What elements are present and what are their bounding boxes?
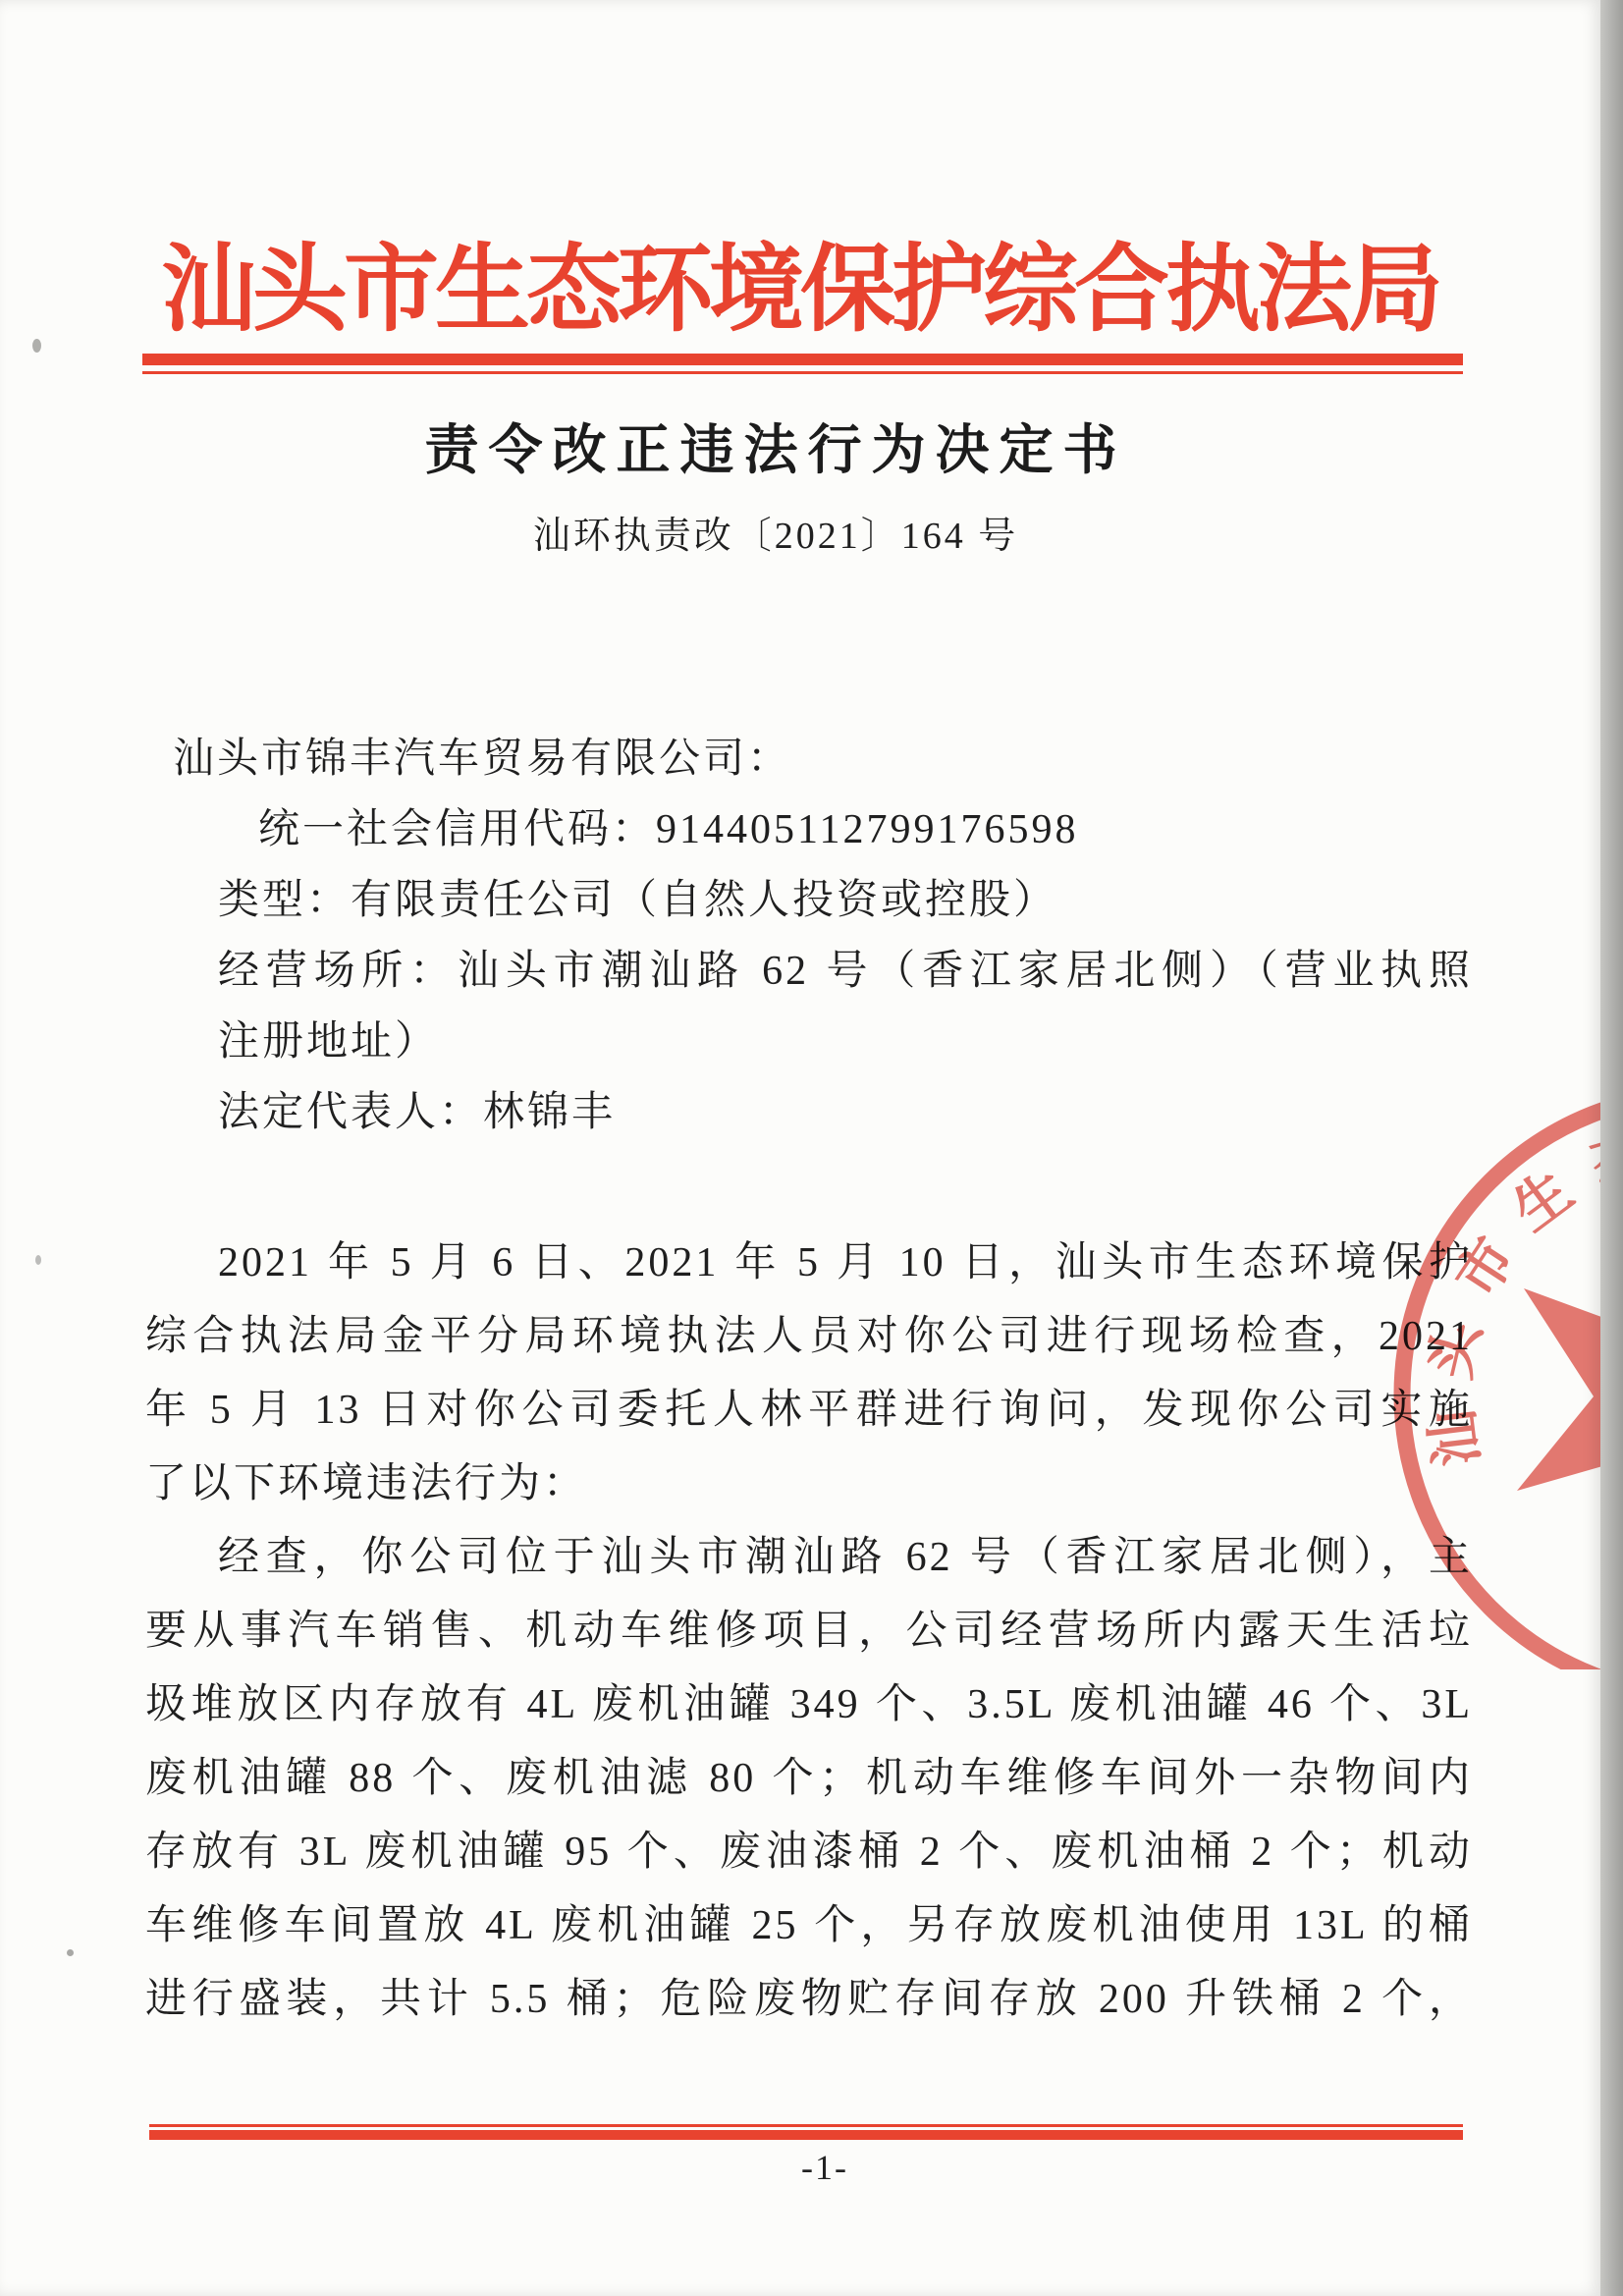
star-icon <box>1517 1233 1600 1559</box>
body-line: 存放有 3L 废机油罐 95 个、废油漆桶 2 个、废机油桶 2 个；机动 <box>145 1816 1473 1889</box>
recipient-line: 经营场所：汕头市潮汕路 62 号（香江家居北侧）（营业执照 <box>145 936 1473 1007</box>
document-title: 责令改正违法行为决定书 <box>0 407 1551 484</box>
body-line: 圾堆放区内存放有 4L 废机油罐 349 个、3.5L 废机油罐 46 个、3L <box>145 1668 1473 1742</box>
body-line: 2021 年 5 月 6 日、2021 年 5 月 10 日，汕头市生态环境保护 <box>145 1227 1473 1300</box>
agency-header-title: 汕头市生态环境保护综合执法局 <box>0 236 1600 346</box>
recipient-line: 类型：有限责任公司（自然人投资或控股） <box>145 865 1473 936</box>
recipient-line: 注册地址） <box>145 1007 1473 1077</box>
body-line: 了以下环境违法行为： <box>145 1448 1473 1521</box>
recipient-line: 汕头市锦丰汽车贸易有限公司： <box>145 724 1473 794</box>
body-block: 2021 年 5 月 6 日、2021 年 5 月 10 日，汕头市生态环境保护… <box>145 1227 1473 2037</box>
recipient-line: 法定代表人：林锦丰 <box>145 1077 1473 1148</box>
scan-speck <box>67 1949 74 1956</box>
page-number: -1- <box>0 2147 1600 2188</box>
scanned-document-canvas: 汕头市生态环境保护综合执法局 责令改正违法行为决定书 汕环执责改〔2021〕16… <box>0 0 1623 2296</box>
header-rule-thin <box>142 371 1463 374</box>
document-number: 汕环执责改〔2021〕164 号 <box>0 505 1551 559</box>
header-rule-thick <box>142 354 1463 365</box>
body-line: 年 5 月 13 日对你公司委托人林平群进行询问，发现你公司实施 <box>145 1374 1473 1448</box>
scan-speck <box>35 1255 41 1265</box>
footer-rule-thick <box>149 2130 1463 2140</box>
body-line: 车维修车间置放 4L 废机油罐 25 个，另存放废机油使用 13L 的桶 <box>145 1889 1473 1963</box>
scanner-edge-band <box>1600 0 1623 2296</box>
body-line: 废机油罐 88 个、废机油滤 80 个；机动车维修车间外一杂物间内 <box>145 1742 1473 1816</box>
body-line: 经查，你公司位于汕头市潮汕路 62 号（香江家居北侧），主 <box>145 1521 1473 1595</box>
official-seal-stamp: 汕头市生态环境保护综合执法 <box>1355 1041 1600 1669</box>
body-line: 综合执法局金平分局环境执法人员对你公司进行现场检查，2021 <box>145 1300 1473 1374</box>
footer-rule-thin <box>149 2124 1463 2127</box>
recipient-line: 统一社会信用代码：914405112799176598 <box>145 794 1473 865</box>
document-page: 汕头市生态环境保护综合执法局 责令改正违法行为决定书 汕环执责改〔2021〕16… <box>0 0 1600 2296</box>
body-line: 进行盛装，共计 5.5 桶；危险废物贮存间存放 200 升铁桶 2 个， <box>145 1963 1473 2037</box>
scan-speck <box>32 339 41 353</box>
recipient-block: 汕头市锦丰汽车贸易有限公司： 统一社会信用代码：9144051127991765… <box>145 724 1473 1148</box>
body-line: 要从事汽车销售、机动车维修项目，公司经营场所内露天生活垃 <box>145 1595 1473 1668</box>
